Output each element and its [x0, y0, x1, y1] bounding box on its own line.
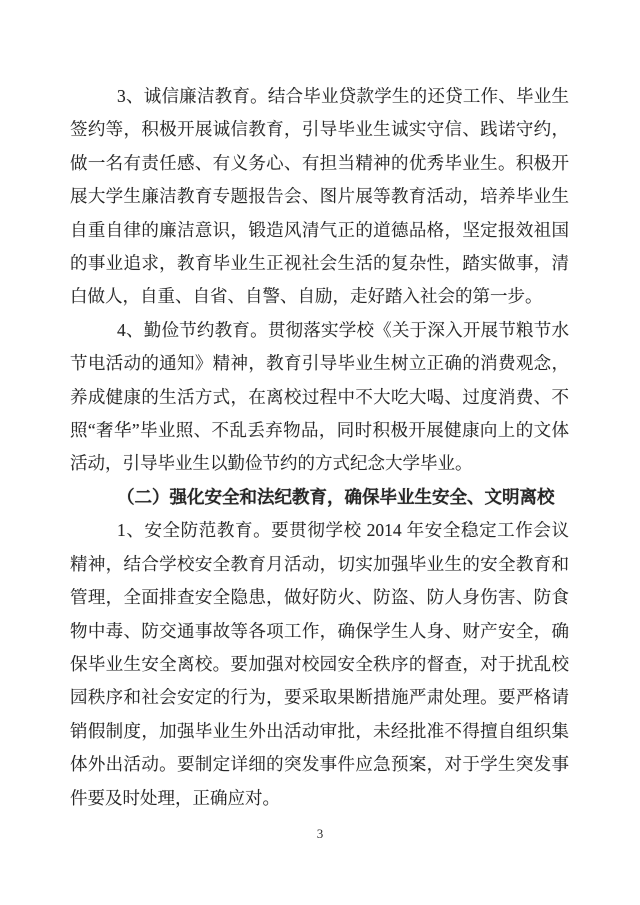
page-number: 3	[0, 825, 640, 843]
document-body: 3、诚信廉洁教育。结合毕业贷款学生的还贷工作、毕业生签约等，积极开展诚信教育，引…	[70, 80, 569, 815]
paragraph-safety-prevention-education: 1、安全防范教育。要贯彻学校 2014 年安全稳定工作会议精神，结合学校安全教育…	[70, 514, 569, 815]
document-page: 3、诚信廉洁教育。结合毕业贷款学生的还贷工作、毕业生签约等，积极开展诚信教育，引…	[0, 0, 640, 905]
section-heading-safety-legal-education: （二）强化安全和法纪教育，确保毕业生安全、文明离校	[70, 481, 569, 514]
paragraph-honesty-integrity-education: 3、诚信廉洁教育。结合毕业贷款学生的还贷工作、毕业生签约等，积极开展诚信教育，引…	[70, 80, 569, 314]
paragraph-thrift-education: 4、勤俭节约教育。贯彻落实学校《关于深入开展节粮节水节电活动的通知》精神，教育引…	[70, 314, 569, 481]
